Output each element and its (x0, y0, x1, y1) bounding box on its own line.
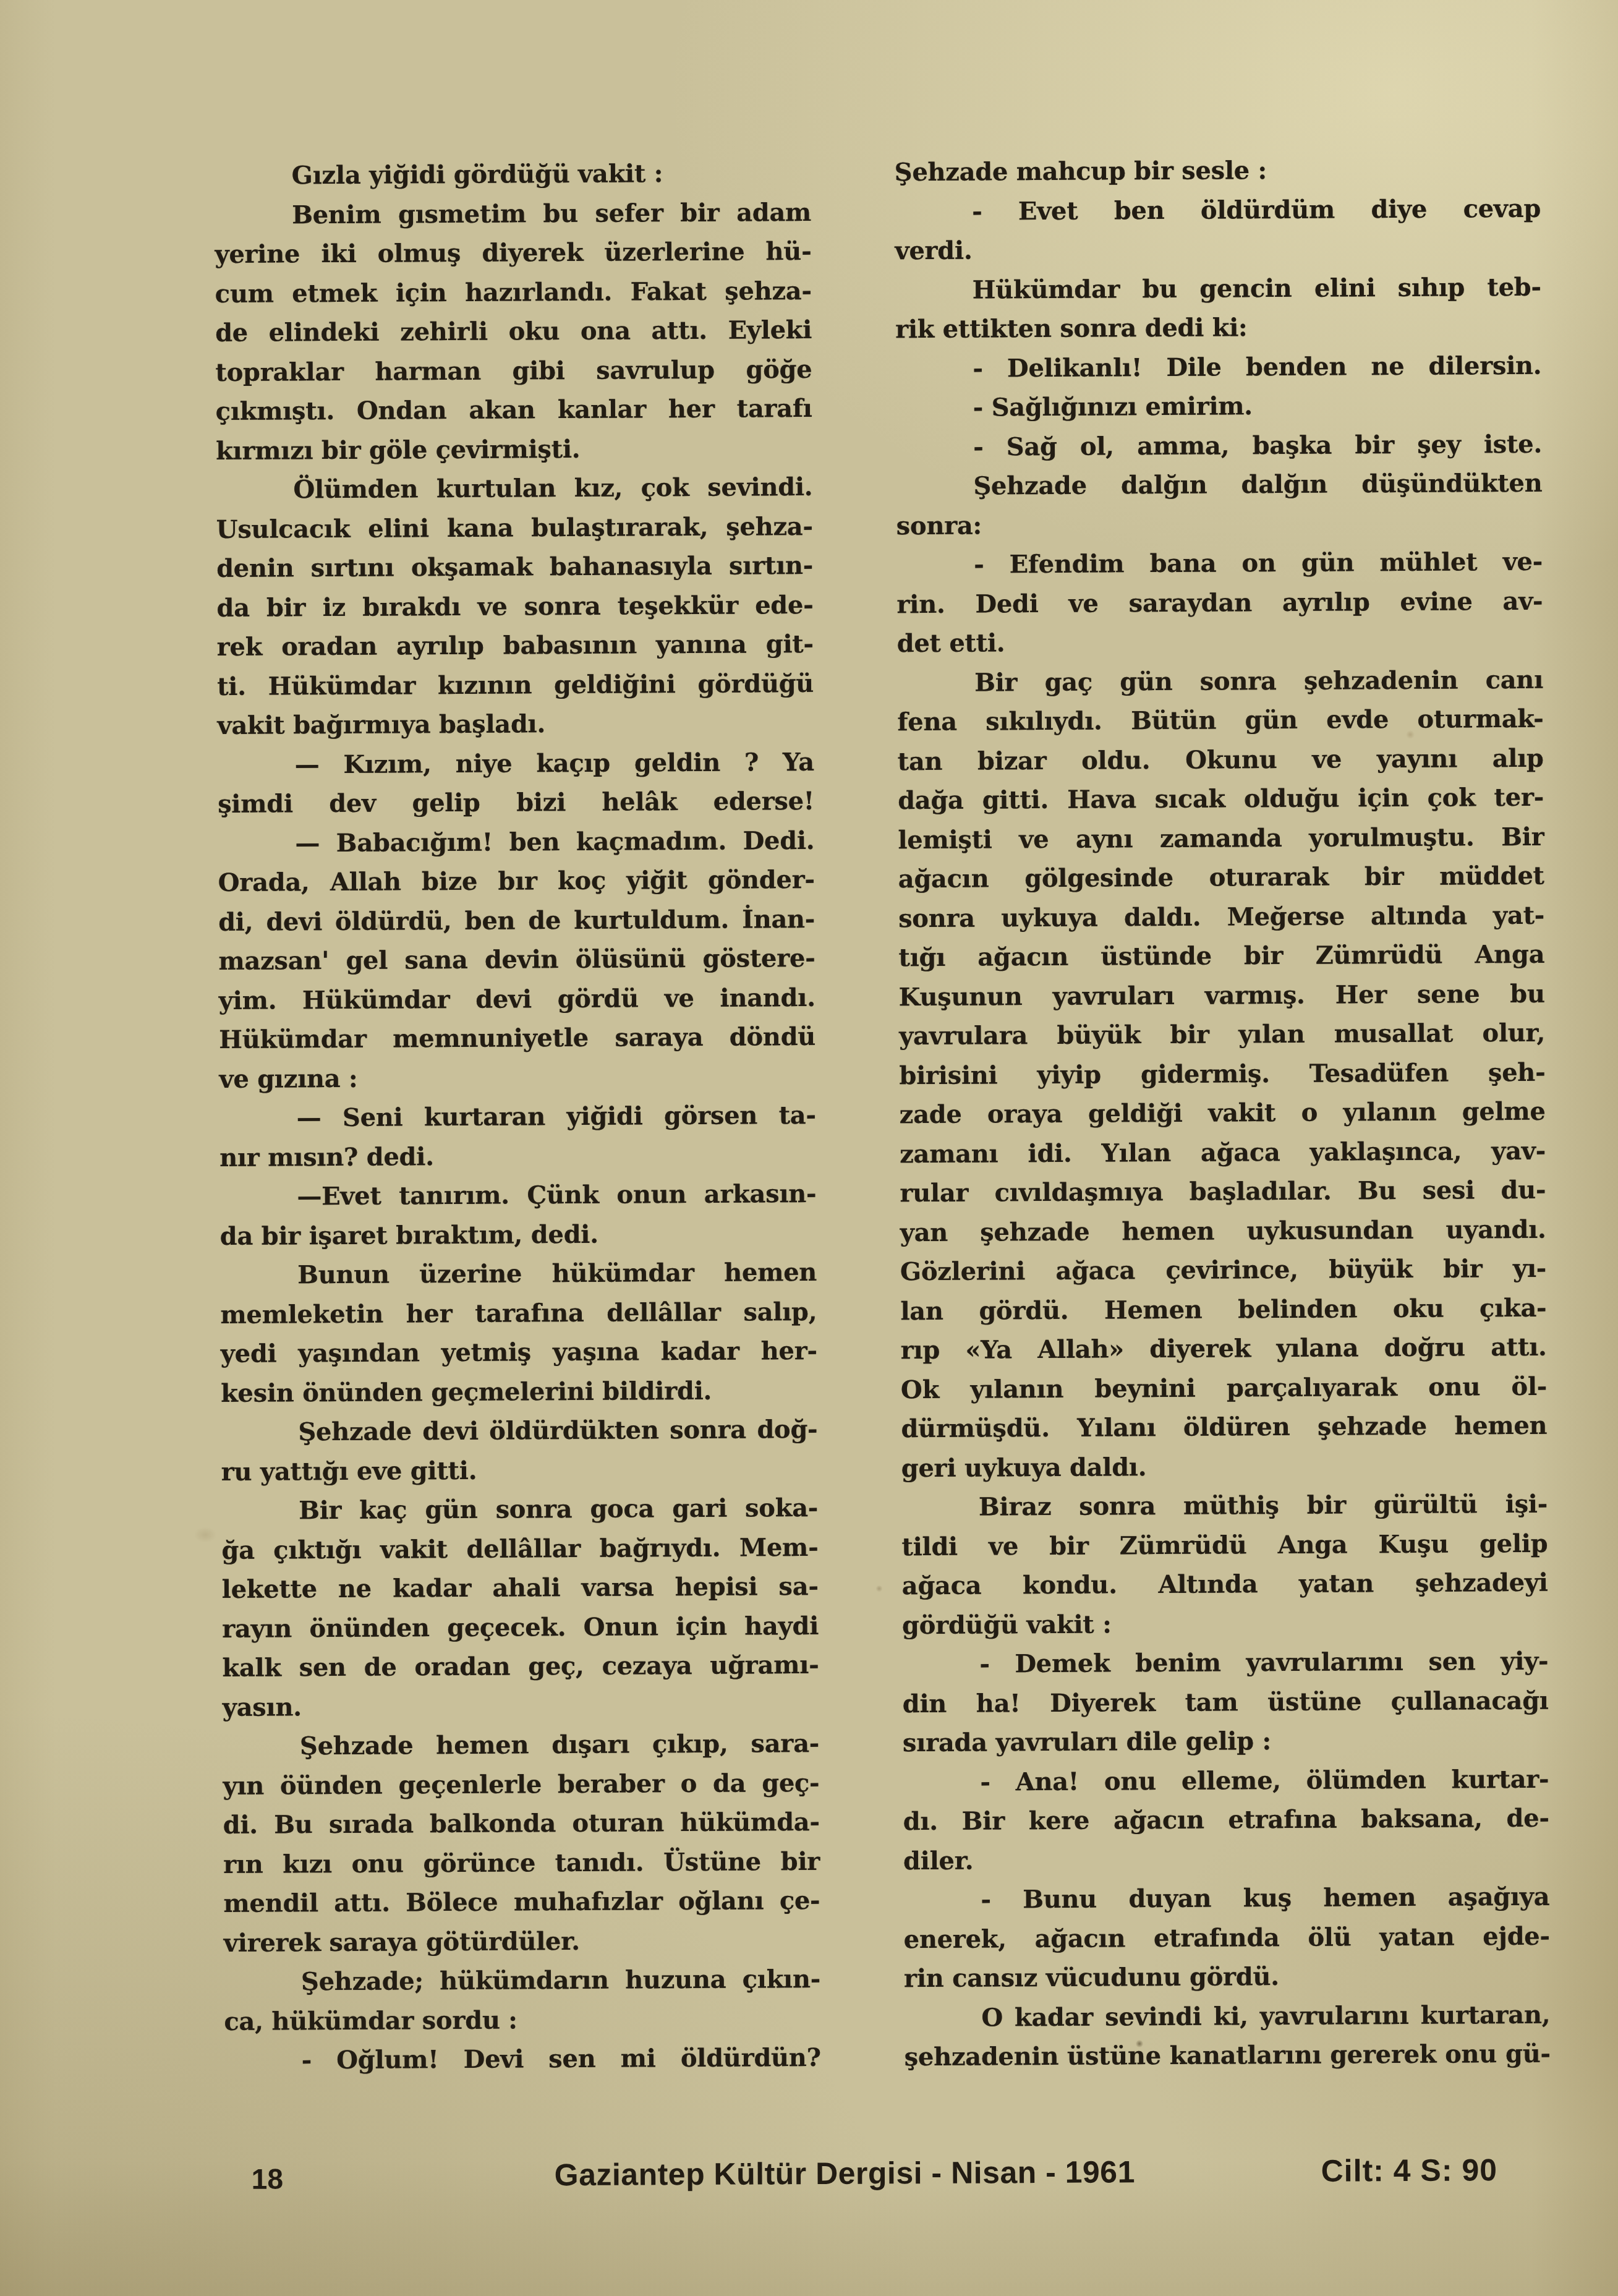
word: göğe (746, 349, 812, 389)
word: sara- (751, 1724, 819, 1764)
word: yaklaşınca, (1309, 1132, 1462, 1172)
word: Efendim (1009, 544, 1124, 584)
word: Allah» (1037, 1329, 1124, 1369)
word: bir (1355, 425, 1394, 465)
word: amma, (1137, 426, 1229, 466)
word: gel (346, 941, 388, 981)
word: ben (464, 901, 515, 941)
word: şehzadenin (905, 2037, 1059, 2077)
word: huzuna (625, 1960, 726, 2000)
text-line: mazsan'gelsanadevinölüsünügöstere- (218, 939, 815, 981)
word: kaçıp (536, 743, 610, 783)
text-line: ağacıngölgesindeoturarakbirmüddet (898, 856, 1544, 899)
text-line: yanşehzadehemenuykusundanuyandı. (900, 1210, 1546, 1252)
word: inandı. (720, 978, 815, 1017)
word: devi (475, 979, 532, 1019)
word: dalğın (1241, 465, 1327, 505)
word: Bunun (297, 1255, 390, 1295)
word: üstüne (1067, 2036, 1161, 2076)
word: kurtuldum. (574, 900, 729, 940)
word: bir (266, 588, 306, 628)
word: ta- (778, 1096, 815, 1135)
word: de (215, 314, 248, 353)
word: - (979, 1644, 990, 1684)
word: gün (1120, 662, 1173, 701)
text-line: ve gızına : (219, 1056, 815, 1099)
word: alıp (1492, 738, 1543, 778)
word: niye (455, 744, 512, 783)
word: kurtaran, (1421, 1995, 1551, 2035)
word: teşekkür (618, 586, 738, 626)
word: zamanda (1160, 818, 1282, 858)
word: onu (1445, 2034, 1497, 2074)
word: bize (422, 862, 477, 902)
word: bizi (516, 783, 566, 822)
word: da (216, 588, 250, 628)
text-line: -Oğlum!Devisenmiöldürdün? (224, 2038, 821, 2081)
word: ölümden (1306, 1760, 1426, 1800)
word: oldu. (1081, 741, 1151, 780)
word: o (1301, 1093, 1318, 1133)
word: uğramı- (710, 1645, 819, 1685)
word: kadar (1015, 1997, 1093, 2037)
word: hemen (436, 1725, 529, 1765)
word: — (297, 1098, 321, 1138)
text-line: şimdidevgelipbizihelâkederse! (218, 782, 814, 824)
text-line: rik ettikten sonra dedi ki: (895, 307, 1541, 349)
word: bir (680, 193, 720, 233)
word: geldin (634, 743, 720, 782)
word: Kızım, (343, 745, 432, 784)
word: Bir (962, 1801, 1005, 1841)
text-line: ağacakondu.Altındayatanşehzadeyi (902, 1563, 1548, 1606)
word: iki (321, 234, 357, 274)
word: gererek (1330, 2035, 1436, 2075)
word: idi. (1028, 1133, 1071, 1173)
text-line: dabirizbırakdıvesonrateşekkürede- (216, 585, 813, 628)
word: — (295, 745, 320, 785)
word: kana (447, 508, 514, 548)
word: Meğerse (1227, 897, 1344, 936)
word: etrafına (1228, 1800, 1337, 1840)
word: altında (1371, 896, 1467, 936)
word: sonra (524, 586, 601, 626)
word: bir (1244, 936, 1284, 976)
text-line: Birazsonramüthişbirgürültüişi- (901, 1485, 1548, 1527)
word: gölgesinde (1024, 858, 1173, 898)
word: Anga (1475, 935, 1544, 975)
word: çıktığı (273, 1530, 361, 1569)
word: saraydan (1128, 583, 1252, 623)
word: geçenlerle (398, 1765, 542, 1805)
word: Yılan (1101, 1133, 1171, 1172)
word: yanına (656, 625, 747, 665)
text-line: Okadarsevindiki,yavrularınıkurtaran, (904, 1995, 1550, 2038)
word: yılanın (970, 1369, 1063, 1409)
word: ağacın (898, 859, 989, 898)
word: gün (1245, 701, 1298, 740)
text-line: ca, hükümdar sordu : (224, 1999, 820, 2041)
text-line: di,deviöldürdü,bendekurtuldum.İnan- (218, 899, 815, 942)
word: ? (744, 743, 759, 782)
text-line: cumetmekiçinhazırlandı.Fakatşehza- (215, 271, 812, 314)
word: bağrıydı. (599, 1528, 720, 1568)
text-line: dı.Birkereağacınetrafınabaksana,de- (903, 1799, 1549, 1841)
text-line: Hükümdarbugencinelinisıhıpteb- (895, 267, 1541, 310)
word: sıkılıydı. (986, 702, 1102, 741)
word: çok (641, 468, 689, 508)
word: memnuniyetle (393, 1018, 589, 1059)
right-column: Şehzade mahcup bir sesle :-Evetbenöldürd… (895, 150, 1551, 2077)
word: devin (485, 940, 559, 979)
word: Ya (783, 742, 814, 782)
word: fena (897, 702, 957, 742)
word: yayını (1377, 739, 1457, 779)
word: ha! (976, 1684, 1021, 1723)
word: da (713, 1764, 746, 1803)
word: şeh- (1488, 1052, 1546, 1092)
text-line: -Bunuduyankuşhemenaşağıya (903, 1877, 1549, 1920)
word: dı. (903, 1802, 939, 1841)
word: dalğın (1121, 466, 1207, 505)
word: av- (1502, 581, 1543, 621)
word: yaşına (553, 1332, 639, 1372)
word: ben (509, 822, 560, 862)
word: Eyleki (728, 310, 812, 350)
text-line: memleketinhertarafınadellâllarsalıp, (220, 1292, 817, 1334)
word: ve (1068, 584, 1098, 623)
word: yav- (1491, 1131, 1546, 1171)
word: çıkın- (742, 1960, 820, 1999)
word: oturarak (1209, 858, 1329, 898)
word: tığı (898, 938, 945, 978)
word: Sağ (1007, 427, 1057, 466)
word: yiyip (1037, 1055, 1101, 1095)
word: yiğidi (566, 1096, 642, 1136)
word: Dedi (975, 584, 1038, 624)
word: hükümda- (680, 1803, 820, 1843)
text-line: -Efendimbanaongünmühletve- (896, 542, 1543, 585)
word: ki, (1214, 1997, 1248, 2036)
word: Hava (1067, 780, 1136, 819)
text-line: geri uykuya daldı. (901, 1445, 1548, 1488)
text-line: kesin önünden geçmelerini bildirdi. (221, 1370, 817, 1413)
text-line: det etti. (897, 621, 1543, 664)
text-line: Birgaçgünsonraşehzadenincanı (897, 660, 1543, 702)
word: gidermiş. (1141, 1054, 1270, 1095)
word: yetmiş (441, 1333, 531, 1372)
word: ahali (492, 1568, 560, 1608)
word: yedi (221, 1334, 277, 1374)
word: devi (422, 1412, 479, 1451)
word: sonra (1079, 1487, 1156, 1526)
word: O (981, 1998, 1003, 2038)
word: ayrılıp (396, 626, 484, 666)
word: oraya (987, 1095, 1063, 1134)
word: gördüğü (697, 664, 814, 703)
word: bir (780, 1841, 820, 1881)
word: gönder- (708, 860, 815, 900)
word: elindeki (268, 313, 379, 352)
text-line: tığıağacınüstündebirZümrüdüAnga (898, 935, 1544, 978)
word: Ölümden (293, 469, 418, 510)
text-line: Birkaçgünsonragocagarisoka- (221, 1488, 818, 1531)
word: öldürdü, (335, 902, 452, 941)
word: şehza- (725, 271, 812, 310)
word: attı. (651, 311, 707, 351)
word: olur, (1482, 1014, 1545, 1053)
text-line: —Evettanırım.Çünkonunarkasın- (219, 1174, 816, 1217)
word: çıka- (1480, 1288, 1547, 1328)
word: doğru (1384, 1328, 1465, 1367)
word: sene (1417, 975, 1480, 1014)
word: hazırlandı. (465, 272, 612, 312)
word: rın (223, 1845, 263, 1884)
volume-info: Cilt: 4 S: 90 (1321, 2152, 1498, 2188)
word: kondu. (1023, 1565, 1117, 1605)
word: hemen (1454, 1406, 1547, 1446)
word: ağaca (902, 1566, 982, 1606)
text-line: dürmüşdü.Yılanıöldürenşehzadehemen (901, 1406, 1547, 1449)
word: uykuya (1001, 898, 1098, 937)
word: beynini (1094, 1368, 1195, 1408)
word: du- (1501, 1171, 1546, 1210)
word: rin. (896, 584, 945, 624)
word: yaşından (298, 1333, 420, 1373)
text-line: —Kızım,niyekaçıpgeldin?Ya (218, 742, 814, 785)
word: uykusundan (1246, 1210, 1413, 1250)
word: Usulcacık (216, 509, 351, 549)
text-line: kalksendeoradangeç,cezayauğramı- (222, 1645, 819, 1688)
word: Anga (1277, 1525, 1347, 1564)
word: varmış. (1204, 975, 1305, 1015)
word: yı- (1513, 1249, 1546, 1289)
word: başka (1252, 425, 1332, 465)
word: oturmak- (1417, 699, 1543, 740)
word: yın (223, 1766, 264, 1806)
word: cum (215, 274, 274, 314)
word: - (972, 192, 982, 231)
word: başladılar. (1190, 1172, 1332, 1212)
word: lemişti (898, 820, 992, 860)
word: rular (900, 1174, 968, 1213)
word: hemen (1323, 1878, 1416, 1918)
text-line: Hükümdarmemnuniyetlesarayadöndü (219, 1017, 815, 1060)
word: Allah (330, 862, 401, 902)
text-line: -Evetbenöldürdümdiyecevap (895, 189, 1541, 231)
text-line: di.Busıradabalkondaoturanhükümda- (223, 1803, 820, 1845)
word: ona (581, 311, 631, 351)
word: sıcak (1155, 779, 1226, 819)
word: parçalıyarak (1227, 1368, 1397, 1408)
word: yat- (1493, 895, 1544, 935)
text-line: Okyılanınbeyniniparçalıyarakonuöl- (901, 1367, 1547, 1409)
word: Bir (974, 663, 1018, 702)
text-line: vakit bağırmıya başladı. (217, 703, 814, 746)
word: Devi (464, 2039, 524, 2079)
text-line: yınöündengeçenlerleberaberodageç- (223, 1763, 819, 1806)
word: soka- (745, 1488, 818, 1528)
word: gelip (1480, 1524, 1548, 1563)
word: oku (508, 312, 560, 351)
word: Ok (901, 1370, 939, 1409)
word: kanlar (558, 390, 646, 429)
word: musallat (1334, 1014, 1454, 1054)
word: lekette (222, 1569, 317, 1609)
text-line: Şehzade;hükümdarınhuzunaçıkın- (224, 1960, 820, 2002)
word: öldürdün? (681, 2038, 821, 2078)
text-line: tildivebirZümrüdüAngaKuşugelip (901, 1524, 1548, 1566)
word: şehzadenin (1304, 660, 1458, 701)
text-line: yavrularabüyükbiryılanmusallatolur, (899, 1014, 1545, 1056)
word: diyerek (1149, 1329, 1251, 1368)
word: di, (218, 902, 253, 942)
word: Hükümdar (302, 980, 450, 1020)
word: Delikanlı! (1007, 348, 1143, 388)
text-line: birisiniyiyipgidermiş.Tesadüfenşeh- (899, 1052, 1545, 1095)
word: iz (322, 587, 346, 627)
text-line: dağagitti.Havasıcakolduğuiçinçokter- (898, 778, 1544, 821)
word: öldüren (1183, 1407, 1290, 1447)
word: Yılanı (1077, 1408, 1156, 1448)
word: aşağıya (1448, 1877, 1550, 1917)
word: dev (329, 784, 376, 824)
word: elini (1314, 268, 1376, 308)
word: oradan (414, 1647, 510, 1687)
word: ve (1312, 740, 1342, 779)
word: kanatlarını (1170, 2036, 1322, 2076)
word: sonra (670, 1410, 746, 1450)
word: Mem- (739, 1527, 819, 1567)
word: akan (469, 390, 535, 430)
text-line: yediyaşındanyetmişyaşınakadarher- (221, 1331, 817, 1374)
word: için (676, 1607, 727, 1646)
text-line: ğaçıktığıvakitdellâllarbağrıydı.Mem- (221, 1527, 818, 1570)
word: yatan (1379, 1917, 1454, 1957)
word: bırakdı (362, 587, 461, 626)
word: ede- (755, 585, 814, 625)
word: haydi (744, 1606, 819, 1645)
word: öünden (280, 1765, 383, 1805)
text-line: —Babacığım!benkaçmadım.Dedi. (218, 821, 814, 863)
word: rıp (901, 1331, 940, 1370)
word: gitti. (982, 780, 1049, 820)
word: kaç (359, 1490, 407, 1530)
word: kadar (661, 1332, 739, 1372)
word: Seni (343, 1098, 403, 1137)
word: oradan (281, 627, 377, 667)
word: Diyerek (1050, 1683, 1156, 1723)
word: Altında (1158, 1564, 1258, 1604)
word: dışarı (551, 1725, 629, 1765)
text-line: virerek saraya götürdüler. (224, 1920, 820, 1963)
word: tarafına (475, 1293, 584, 1333)
word: büyük (1329, 1250, 1413, 1289)
text-line: -Sağol,amma,başkabirşeyiste. (896, 424, 1542, 467)
word: kadar (393, 1569, 471, 1608)
word: işi- (1505, 1485, 1548, 1524)
word: babasının (503, 625, 637, 665)
word: cevap (1463, 189, 1541, 228)
word: gürültü (1374, 1485, 1478, 1524)
word: Bu (1358, 1171, 1397, 1211)
page-number: 18 (252, 2162, 283, 2195)
word: çıkıp, (652, 1725, 728, 1764)
word: dellâllar (607, 1292, 721, 1332)
word: gısmetim (398, 194, 526, 234)
word: sevindi (1105, 1997, 1202, 2036)
word: ağaca (1201, 1133, 1280, 1172)
word: sırada (329, 1804, 414, 1844)
word: devi (266, 902, 322, 942)
word: gelip (412, 783, 480, 823)
word: müthiş (1183, 1486, 1279, 1526)
word: elleme, (1182, 1761, 1281, 1801)
word: Hemen (1104, 1290, 1203, 1329)
word: ne (338, 1569, 372, 1609)
word: gün (1301, 543, 1355, 583)
text-line: ti.Hükümdarkızınıngeldiğinigördüğü (217, 664, 814, 706)
word: dellâllar (466, 1529, 581, 1568)
word: bu (1510, 974, 1545, 1014)
word: görünce (423, 1843, 535, 1883)
word: memleketin (220, 1294, 383, 1334)
word: git- (765, 625, 813, 664)
word: tanıdı. (555, 1843, 644, 1882)
word: Çünk (527, 1176, 599, 1215)
word: savrulup (596, 350, 715, 390)
word: canı (1485, 660, 1543, 699)
word: etmek (292, 273, 377, 313)
text-line: rınkızıonugörüncetanıdı.Üstünebir (223, 1841, 820, 1884)
word: ve (477, 587, 507, 626)
word: benim (1135, 1644, 1221, 1683)
word: gibi (512, 351, 564, 391)
word: zade (900, 1095, 962, 1135)
word: kurtar- (1451, 1759, 1549, 1799)
word: yim. (219, 981, 277, 1020)
text-line: -Delikanlı!Dilebendennedilersin. (895, 346, 1541, 388)
word: Ana! (1015, 1762, 1079, 1801)
word: şey (1417, 425, 1461, 464)
word: Kuşu (1378, 1524, 1449, 1564)
word: sesi (1422, 1171, 1475, 1210)
word: hemen (1122, 1211, 1214, 1251)
word: ve (1019, 819, 1049, 859)
word: bır (498, 861, 537, 901)
word: Tesadüfen (1309, 1053, 1449, 1093)
word: - (302, 2041, 312, 2080)
word: aynı (1076, 819, 1133, 859)
text-line: —Senikurtaranyiğidigörsenta- (219, 1096, 816, 1138)
word: gü- (1505, 2034, 1551, 2074)
word: ve- (1502, 542, 1543, 582)
word: topraklar (215, 352, 344, 392)
word: yılan (1238, 1015, 1305, 1054)
word: yavruları (1052, 976, 1175, 1016)
word: attı. (1491, 1328, 1547, 1367)
word: muhafızlar (514, 1882, 663, 1922)
word: kaçmadım. (576, 821, 726, 861)
word: gelme (1462, 1092, 1546, 1132)
word: saraya (615, 1018, 703, 1057)
word: Her (1335, 975, 1387, 1015)
text-line: zadeorayageldiğivakitoyılanıngelme (900, 1092, 1546, 1135)
word: geç- (762, 1763, 820, 1803)
word: de (528, 901, 561, 941)
word: vakit (380, 1530, 448, 1569)
text-line: yim.Hükümdardevigördüveinandı. (219, 978, 815, 1020)
